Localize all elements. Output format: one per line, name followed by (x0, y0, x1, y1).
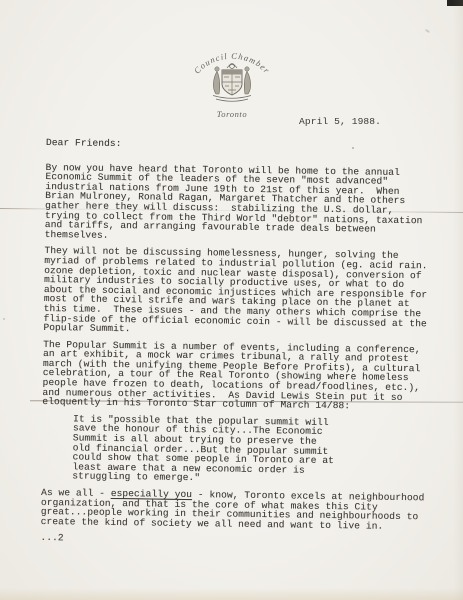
scan-speck (425, 29, 430, 34)
paragraph: By now you have heard that Toronto will … (45, 163, 442, 245)
letterhead: Council Chamber Toronto (176, 42, 288, 122)
letter-body: Dear Friends: By now you have heard that… (40, 138, 442, 548)
letterhead-city-text: Toronto (217, 109, 248, 119)
page-number: ...2 (40, 533, 436, 548)
scan-corner-mark (447, 0, 463, 6)
letter-paragraphs: By now you have heard that Toronto will … (41, 163, 442, 532)
blockquote: It is "possible that the popular summit … (41, 414, 438, 487)
paragraph: As we all - especially you - know, Toron… (41, 488, 437, 532)
salutation: Dear Friends: (46, 138, 442, 153)
scanned-letter-page: Council Chamber Toronto April 5, 1988. (0, 0, 463, 600)
toronto-coat-of-arms-icon: Council Chamber Toronto (176, 42, 288, 122)
paragraph: The Popular Summit is a number of events… (42, 340, 439, 413)
letter-date: April 5, 1988. (299, 116, 381, 127)
scan-speck (3, 318, 5, 320)
paragraph: They will not be discussing homelessness… (43, 246, 440, 338)
